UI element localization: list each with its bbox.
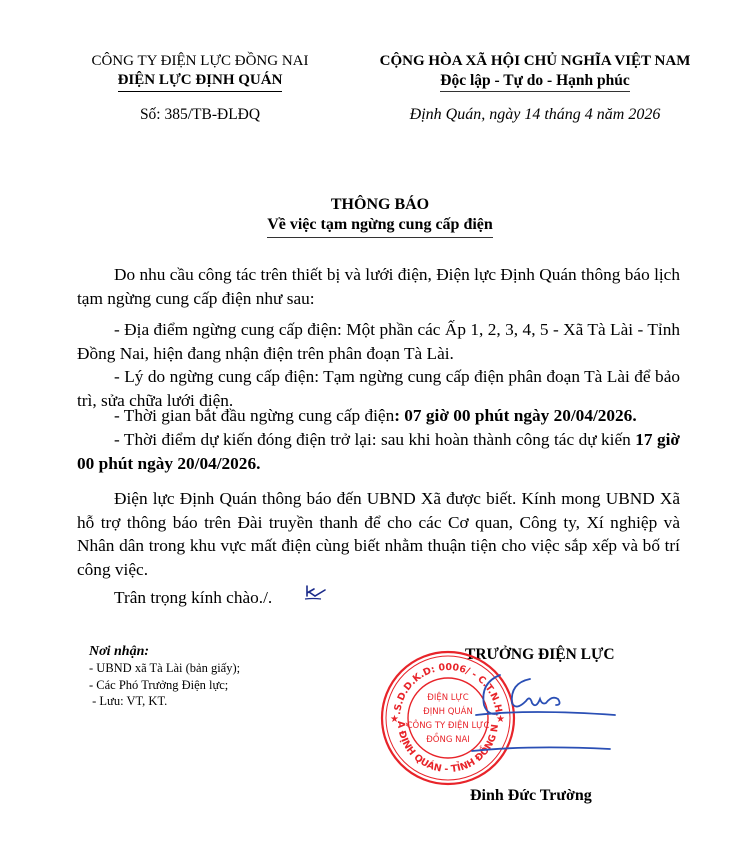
paragraph-closing: Trân trọng kính chào./. [77, 586, 680, 610]
initial-mark-icon [303, 584, 329, 607]
paragraph-start-time: - Thời gian bắt đầu ngừng cung cấp điện:… [77, 404, 680, 428]
svg-text:★: ★ [390, 714, 399, 725]
national-motto: Độc lập - Tự do - Hạnh phúc [440, 71, 629, 92]
issuing-organization: ĐIỆN LỰC ĐỊNH QUÁN [118, 71, 283, 92]
paragraph-intro: Do nhu cầu công tác trên thiết bị và lướ… [77, 263, 680, 310]
recipients-block: Nơi nhận: - UBND xã Tà Lài (bản giấy); -… [89, 643, 240, 710]
svg-text:ĐỊNH QUÁN: ĐỊNH QUÁN [423, 705, 473, 717]
title-subject: Về việc tạm ngừng cung cấp điện [267, 215, 493, 238]
restore-time-label: - Thời điểm dự kiến đóng điện trở lại: s… [114, 430, 635, 449]
document-number: Số: 385/TB-ĐLĐQ [60, 106, 340, 124]
signer-name: Đinh Đức Trường [470, 787, 592, 805]
start-time-value: : 07 giờ 00 phút ngày 20/04/2026. [394, 406, 636, 425]
recipients-heading: Nơi nhận: [89, 643, 240, 660]
parent-organization: CÔNG TY ĐIỆN LỰC ĐỒNG NAI [60, 52, 340, 71]
recipient-item: - Các Phó Trưởng Điện lực; [89, 677, 240, 694]
national-title: CỘNG HÒA XÃ HỘI CHỦ NGHĨA VIỆT NAM [350, 52, 720, 71]
paragraph-restore-time: - Thời điểm dự kiến đóng điện trở lại: s… [77, 428, 680, 475]
handwritten-signature [470, 665, 620, 760]
document-title: THÔNG BÁO Về việc tạm ngừng cung cấp điệ… [230, 195, 530, 238]
recipient-item: - Lưu: VT, KT. [89, 693, 240, 710]
issuer-header: CÔNG TY ĐIỆN LỰC ĐỒNG NAI ĐIỆN LỰC ĐỊNH … [60, 52, 340, 124]
start-time-label: - Thời gian bắt đầu ngừng cung cấp điện [114, 406, 394, 425]
title-main: THÔNG BÁO [230, 195, 530, 215]
svg-text:ĐỒNG NAI: ĐỒNG NAI [426, 732, 470, 745]
national-header: CỘNG HÒA XÃ HỘI CHỦ NGHĨA VIỆT NAM Độc l… [350, 52, 720, 124]
paragraph-request: Điện lực Định Quán thông báo đến UBND Xã… [77, 487, 680, 581]
paragraph-location: - Địa điểm ngừng cung cấp điện: Một phần… [77, 318, 680, 365]
svg-text:ĐIỆN LỰC: ĐIỆN LỰC [427, 691, 469, 703]
recipient-item: - UBND xã Tà Lài (bản giấy); [89, 660, 240, 677]
place-and-date: Định Quán, ngày 14 tháng 4 năm 2026 [350, 106, 720, 124]
